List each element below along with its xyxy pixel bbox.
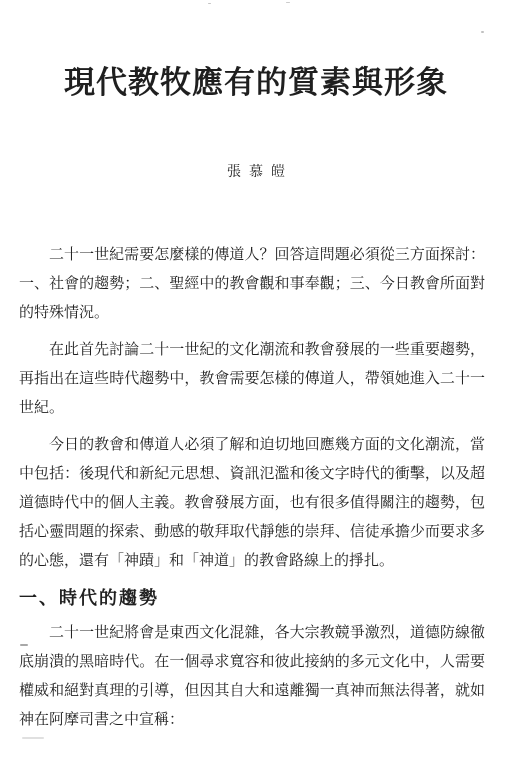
scan-speck [22, 737, 44, 739]
scanned-document-page: 現代教牧應有的質素與形象 張慕皚 二十一世紀需要怎麼樣的傳道人？回答這問題必須從… [0, 0, 512, 764]
scan-speck [20, 644, 28, 646]
section-paragraph-1: 二十一世紀將會是東西文化混雜，各大宗教競爭激烈，道德防線徹底崩潰的黑暗時代。在一… [19, 619, 485, 735]
scan-speck [286, 2, 290, 3]
intro-paragraph-1: 二十一世紀需要怎麼樣的傳道人？回答這問題必須從三方面探討：一、社會的趨勢；二、聖… [19, 241, 485, 328]
section-heading-era-trends: 一、時代的趨勢 [19, 585, 485, 611]
scan-speck [208, 3, 211, 4]
author-name: 張慕皚 [0, 162, 512, 184]
intro-paragraph-3: 今日的教會和傳道人必須了解和迫切地回應幾方面的文化潮流，當中包括：後現代和新紀元… [19, 431, 485, 576]
page-title: 現代教牧應有的質素與形象 [30, 62, 482, 104]
document-body: 二十一世紀需要怎麼樣的傳道人？回答這問題必須從三方面探討：一、社會的趨勢；二、聖… [0, 241, 512, 735]
intro-paragraph-2: 在此首先討論二十一世紀的文化潮流和教會發展的一些重要趨勢，再指出在這些時代趨勢中… [19, 336, 485, 423]
scan-speck [481, 31, 484, 33]
